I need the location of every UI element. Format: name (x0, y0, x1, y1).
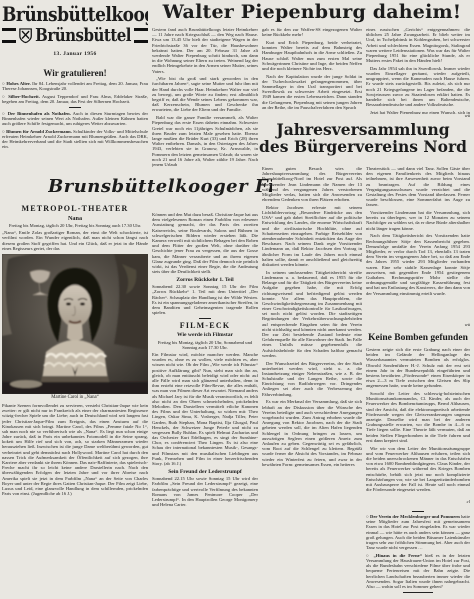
paragraph: eines russischen „Gerichts“ entgegennahm… (366, 27, 470, 63)
buergerverein-signature: wü (366, 322, 470, 329)
paragraph: Kurt und Erich Piepenburg, beide verheir… (262, 40, 362, 71)
piepenburg-headline: Walter Piepenburg daheim! (152, 1, 472, 25)
news-item: ○ Der Verein der Mecklenburger und Pomme… (366, 514, 470, 550)
lederstrumpf-heading: Sein Freund der Lederstrumpf (152, 469, 258, 475)
filmstar-schedule: Freitag bis Montag, täglich 20 Uhr, Sonn… (152, 340, 258, 350)
filmspiegel-heading: Brunsbüttelkooger Filmspiegel (48, 176, 272, 202)
paragraph: Sowohl der Leiter des schleswig-holstein… (366, 391, 470, 443)
gratulieren-item: ○ Silber-Hochzeit. August Teppendorf und… (2, 94, 148, 104)
film-title-nana: Nana (2, 215, 148, 222)
masthead-title-line2: Brünsbüttel (35, 25, 131, 46)
zorro-heading: Zorros Rückkehr 1. Teil (152, 277, 258, 283)
paragraph: Sonnabend 22.15 Uhr sowie Sonntag 15 Uhr… (152, 476, 258, 507)
filmspiegel-col2: Können und den Mut dazu besaß. Christian… (152, 212, 258, 597)
filmeck-heading: FILM-ECK (152, 321, 258, 330)
gratulieren-heading: Wir gratulieren! (2, 68, 148, 78)
bomben-heading: Keine Bomben gefunden (366, 333, 470, 345)
paragraph: gab es für den zur Waffen-SS eingezogene… (262, 27, 362, 37)
masthead-ornament-left (2, 28, 16, 43)
paragraph: Gestern fand auch Brunsbüttelkoogs letzt… (152, 27, 258, 74)
paragraph: Nach dem Tätigkeitsbericht des Vorsitzen… (366, 233, 470, 295)
masthead-date: 13. Januar 1956 (2, 51, 148, 57)
piepenburg-col1: Gestern fand auch Brunsbüttelkoogs letzt… (152, 27, 258, 177)
paragraph: Rektor Jacobsen erfreute mit seinem Lich… (262, 205, 362, 267)
piepenburg-col3: eines russischen „Gerichts“ entgegennahm… (366, 27, 470, 114)
masthead-ornament-right (134, 28, 148, 43)
bomben-signature: cl (366, 499, 470, 506)
nana-schedule: Freitag bis Montag, täglich 20 Uhr, Frei… (2, 223, 148, 228)
paragraph: Pikante Szenen formvollendet zu serviere… (2, 403, 148, 496)
section-divider (199, 318, 211, 319)
paragraph: Bald war die ganze Familie versammelt, a… (152, 115, 258, 167)
filmstar-title: Wie werde ich Filmstar (152, 332, 258, 338)
metropol-section: METROPOL-THEATER Nana Freitag bis Montag… (2, 204, 148, 598)
masthead-title-row: Brünsbüttel (2, 26, 148, 44)
paragraph: Sonnabend 22.30 sowie Sonntag 15 Uhr der… (152, 284, 258, 315)
gratulieren-item: ○ Hohes Alter. Ihr 84. Lebensjahr vollen… (2, 81, 148, 91)
newspaper-page: Brünsbüttelkoog Brünsbüttel 13. Januar 1… (0, 0, 474, 599)
bomben-article: Gestern zeigte sich die erste Grabung na… (366, 347, 470, 499)
metropol-heading: METROPOL-THEATER (2, 204, 148, 213)
buergerverein-col2: Theaterstück — und dann viel Tanz. Solle… (366, 166, 470, 322)
paragraph: Das Jahr 1954 sah ihn in Swerdlowsk. Imm… (366, 66, 470, 108)
buergerverein-headline: Jahresversammlung des Bürgervereins Nord (254, 121, 472, 163)
paragraph: Es war ein Merkmal der Versammlung, daß … (262, 399, 362, 466)
item-text: hatte seine Mitglieder zum Jahresfest mi… (366, 514, 470, 550)
paragraph: Gestern zeigte sich die erste Grabung na… (366, 347, 470, 389)
headline-line1: Jahresversammlung (254, 121, 472, 138)
photo-caption: Martine Carol in „Nana“ (2, 395, 148, 400)
news-item: ○ Blumen für Arnold Zuckermann. Schulkin… (2, 129, 148, 150)
paragraph: Wie wir von dem Leiter der Munitionsräum… (366, 446, 470, 493)
news-item: ○ „Hinaus in die Ferne“ hieß es in der l… (366, 553, 470, 589)
paragraph: In seinem umfassenden Tätigkeitsbericht … (262, 270, 362, 358)
paragraph: Ein Filmstar wird, möchte mancher werden… (152, 352, 258, 466)
coat-of-arms-icon (19, 27, 32, 44)
paragraph: „Nana“, Emile Zolas großartiger Roman, d… (2, 230, 148, 251)
paragraph: Der Wunschzettel des Bürgervereins, der … (262, 361, 362, 397)
gratulieren-section: Wir gratulieren! ○ Hohes Alter. Ihr 84. … (2, 68, 148, 178)
buergerverein-col1: Einen guten Besuch wies die Jahreshauptv… (262, 166, 362, 593)
paragraph: „Wie bist du groß und stark geworden in … (152, 76, 258, 112)
masthead: Brünsbüttelkoog Brünsbüttel 13. Januar 1… (2, 5, 148, 65)
paragraph: Theaterstück — und dann viel Tanz. Solle… (366, 166, 470, 208)
martine-carol-photo (2, 254, 148, 394)
section-divider (412, 511, 424, 512)
paragraph: Nach der Kapitulation wurde der junge So… (262, 74, 362, 110)
masthead-title-line1: Brünsbüttelkoog (2, 5, 148, 27)
bottom-rule (403, 592, 433, 593)
section-divider (69, 107, 81, 108)
paragraph: Einen guten Besuch wies die Jahreshauptv… (262, 166, 362, 202)
item-text: hieß es in der letzten Versammlung der H… (366, 553, 470, 589)
piepenburg-col2: gab es für den zur Waffen-SS eingezogene… (262, 27, 362, 120)
paragraph: Vorsitzender Lindemann bat die Versammlu… (366, 210, 470, 231)
news-item: ○ Der Binnenhafen als Nothafen. Auch in … (2, 111, 148, 127)
paragraph: Können und den Mut dazu besaß. Christian… (152, 212, 258, 274)
headline-line2: des Bürgervereins Nord (254, 138, 472, 155)
short-notes: ○ Der Verein der Mecklenburger und Pomme… (366, 508, 470, 596)
piepenburg-signature: wü (366, 113, 470, 120)
